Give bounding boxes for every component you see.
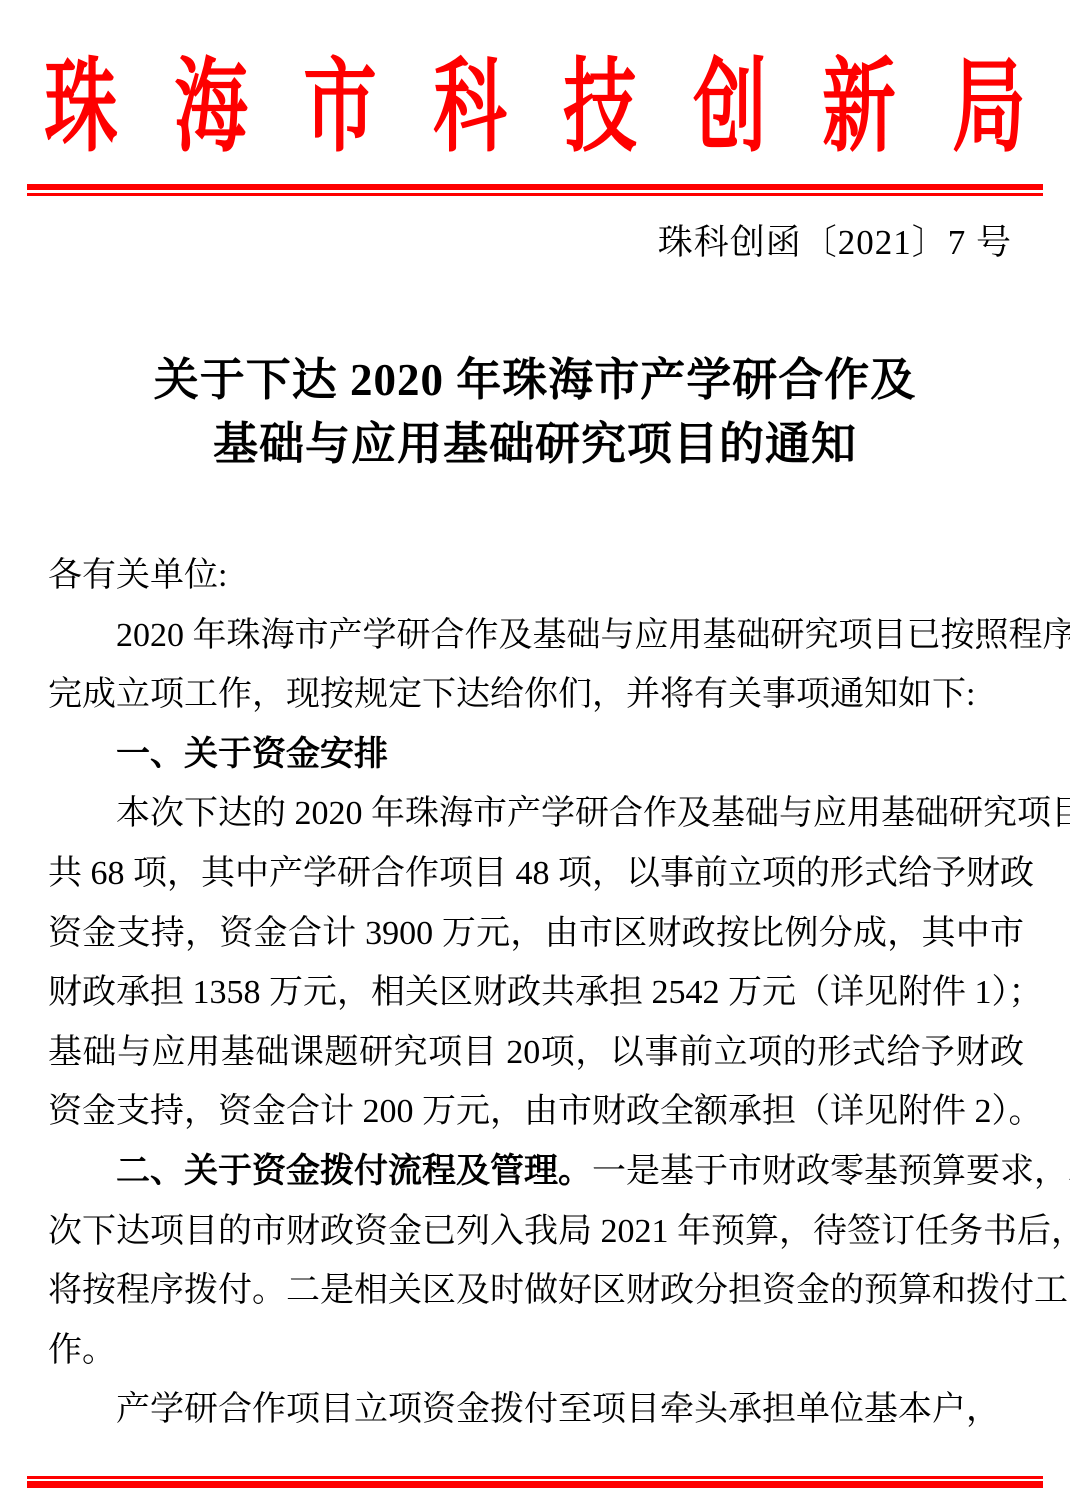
agency-title: 珠 海 市 科 技 创 新 局 [30,50,1040,168]
section-heading: 一、关于资金安排 [116,735,388,773]
notice-title-line2: 基础与应用基础研究项目的通知 [0,412,1070,476]
body-line-salutation: 各有关单位: [48,546,1024,606]
header-rule-thin [27,193,1043,196]
agency-char: 技 [563,53,636,165]
agency-char: 市 [304,53,377,165]
body-line: 资金支持，资金合计 3900 万元，由市区财政按比例分成，其中市 [48,904,1024,964]
body-line: 2020 年珠海市产学研合作及基础与应用基础研究项目已按照程序 [48,606,1024,666]
body-line: 财政承担 1358 万元，相关区财政共承担 2542 万元（详见附件 1）； [48,963,1024,1023]
agency-char: 创 [693,53,766,165]
header-rule-thick [27,184,1043,190]
doc-number: 珠科创函〔2021〕7 号 [658,222,1012,264]
body-line: 本次下达的 2020 年珠海市产学研合作及基础与应用基础研究项目 [48,784,1024,844]
body-line: 完成立项工作，现按规定下达给你们，并将有关事项通知如下: [48,665,1024,725]
body-line: 产学研合作项目立项资金拨付至项目牵头承担单位基本户， [48,1380,1024,1440]
agency-char: 新 [822,53,895,165]
footer-rule-thick [27,1481,1043,1488]
notice-title: 关于下达 2020 年珠海市产学研合作及 基础与应用基础研究项目的通知 [0,348,1070,476]
body-line-section-2: 二、关于资金拨付流程及管理。一是基于市财政零基预算要求，本 [48,1142,1024,1202]
agency-char: 珠 [44,53,117,165]
footer-rule-thin [27,1476,1043,1479]
body-line: 资金支持，资金合计 200 万元，由市财政全额承担（详见附件 2）。 [48,1082,1024,1142]
document-body: 各有关单位: 2020 年珠海市产学研合作及基础与应用基础研究项目已按照程序 完… [48,546,1024,1440]
body-line: 将按程序拨付。二是相关区及时做好区财政分担资金的预算和拨付工 [48,1261,1024,1321]
body-line: 作。 [48,1321,1024,1381]
body-line: 共 68 项，其中产学研合作项目 48 项，以事前立项的形式给予财政 [48,844,1024,904]
body-line: 次下达项目的市财政资金已列入我局 2021 年预算，待签订任务书后， [48,1202,1024,1262]
agency-char: 局 [952,53,1025,165]
agency-char: 科 [433,53,506,165]
body-line: 基础与应用基础课题研究项目 20项，以事前立项的形式给予财政 [48,1023,1024,1083]
notice-title-line1: 关于下达 2020 年珠海市产学研合作及 [0,348,1070,412]
body-line-section-1: 一、关于资金安排 [48,725,1024,785]
agency-char: 海 [174,53,247,165]
section-heading: 二、关于资金拨付流程及管理。 [116,1152,592,1190]
document-page: 珠 海 市 科 技 创 新 局 珠科创函〔2021〕7 号 关于下达 2020 … [0,0,1070,1505]
